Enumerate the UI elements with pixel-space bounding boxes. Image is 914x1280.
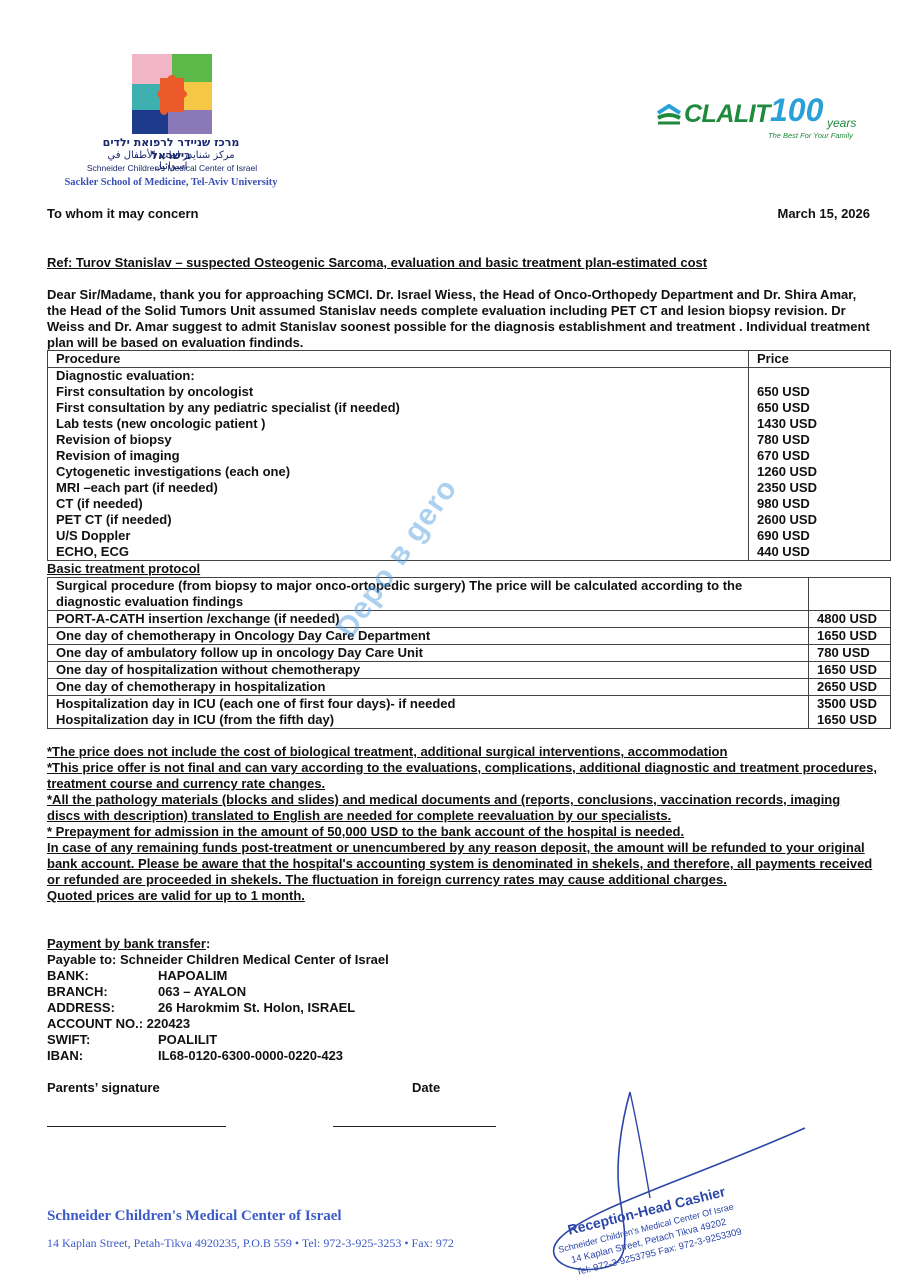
bank-field-value: HAPOALIM [158, 968, 227, 984]
clalit-anniversary: 100 [770, 92, 823, 129]
procedure-cell: One day of chemotherapy in hospitalizati… [48, 679, 809, 696]
salutation: To whom it may concern [47, 206, 198, 222]
price-cell [809, 578, 891, 611]
table-row: One day of chemotherapy in hospitalizati… [48, 679, 891, 696]
price-cell: 980 USD [749, 496, 891, 512]
bank-field-label: ADDRESS: [47, 1000, 158, 1016]
table-header-row: Procedure Price [48, 351, 891, 368]
price-cell: 650 USD [749, 400, 891, 416]
table-row: First consultation by any pediatric spec… [48, 400, 891, 416]
table-row: Lab tests (new oncologic patient )1430 U… [48, 416, 891, 432]
price-cell: 1430 USD [749, 416, 891, 432]
clalit-wave-icon [656, 104, 682, 126]
bank-field-label: IBAN: [47, 1048, 158, 1064]
table-row: U/S Doppler690 USD [48, 528, 891, 544]
notes-section: *The price does not include the cost of … [47, 744, 877, 904]
bank-field-value: IL68-0120-6300-0000-0220-423 [158, 1048, 343, 1064]
puzzle-logo-icon [132, 54, 212, 134]
table-row: One day of hospitalization without chemo… [48, 662, 891, 679]
bank-field-label: BANK: [47, 968, 158, 984]
procedure-cell: One day of ambulatory follow up in oncol… [48, 645, 809, 662]
note-item: * Prepayment for admission in the amount… [47, 824, 877, 840]
bank-field-value: 220423 [147, 1016, 190, 1032]
table-row: MRI –each part (if needed)2350 USD [48, 480, 891, 496]
bank-field-value: POALILIT [158, 1032, 217, 1048]
bank-field-row: BANK:HAPOALIM [47, 968, 647, 984]
payment-title: Payment by bank transfer: [47, 936, 647, 952]
price-cell: 1650 USD [809, 712, 891, 729]
column-header-procedure: Procedure [48, 351, 749, 368]
price-cell: 690 USD [749, 528, 891, 544]
price-cell: 4800 USD [809, 611, 891, 628]
procedure-cell: One day of hospitalization without chemo… [48, 662, 809, 679]
price-cell: 2600 USD [749, 512, 891, 528]
reference-line: Ref: Turov Stanislav – suspected Osteoge… [47, 255, 707, 271]
payment-section: Payment by bank transfer: Payable to: Sc… [47, 936, 647, 1064]
table-row: First consultation by oncologist650 USD [48, 384, 891, 400]
note-item: Quoted prices are valid for up to 1 mont… [47, 888, 877, 904]
bank-field-row: ACCOUNT NO.: 220423 [47, 1016, 647, 1032]
section-title: Diagnostic evaluation: [48, 368, 749, 385]
bank-field-row: IBAN:IL68-0120-6300-0000-0220-423 [47, 1048, 647, 1064]
note-item: *This price offer is not final and can v… [47, 760, 877, 792]
signature-line [47, 1126, 226, 1127]
bank-field-row: SWIFT:POALILIT [47, 1032, 647, 1048]
bank-field-value: 063 – AYALON [158, 984, 246, 1000]
basic-treatment-title: Basic treatment protocol [47, 561, 200, 577]
table-row: Hospitalization day in ICU (each one of … [48, 696, 891, 713]
parents-signature-label: Parents’ signature [47, 1080, 160, 1096]
clalit-logo-text: CLALIT [684, 100, 770, 129]
procedure-cell: First consultation by oncologist [48, 384, 749, 400]
table-row: Cytogenetic investigations (each one)126… [48, 464, 891, 480]
note-item: *All the pathology materials (blocks and… [47, 792, 877, 824]
procedure-cell: Hospitalization day in ICU (each one of … [48, 696, 809, 713]
procedure-cell: Revision of biopsy [48, 432, 749, 448]
price-cell: 3500 USD [809, 696, 891, 713]
procedure-cell: Surgical procedure (from biopsy to major… [48, 578, 809, 611]
bank-field-row: BRANCH:063 – AYALON [47, 984, 647, 1000]
price-cell: 1650 USD [809, 662, 891, 679]
note-item: In case of any remaining funds post-trea… [47, 840, 877, 888]
bank-field-label: BRANCH: [47, 984, 158, 1000]
letter-date: March 15, 2026 [777, 206, 870, 222]
footer-address: 14 Kaplan Street, Petah-Tikva 4920235, P… [47, 1236, 454, 1251]
price-cell: 780 USD [809, 645, 891, 662]
price-cell: 2650 USD [809, 679, 891, 696]
treatment-price-table: Surgical procedure (from biopsy to major… [47, 577, 891, 729]
procedure-cell: One day of chemotherapy in Oncology Day … [48, 628, 809, 645]
price-cell: 440 USD [749, 544, 891, 561]
price-cell: 780 USD [749, 432, 891, 448]
price-cell: 650 USD [749, 384, 891, 400]
procedure-cell: Cytogenetic investigations (each one) [48, 464, 749, 480]
table-row: One day of ambulatory follow up in oncol… [48, 645, 891, 662]
column-header-price: Price [749, 351, 891, 368]
bank-field-row: ADDRESS:26 Harokmim St. Holon, ISRAEL [47, 1000, 647, 1016]
bank-field-label: ACCOUNT NO.: [47, 1016, 143, 1032]
price-cell: 1650 USD [809, 628, 891, 645]
procedure-cell: PORT-A-CATH insertion /exchange (if need… [48, 611, 809, 628]
table-row: Revision of biopsy780 USD [48, 432, 891, 448]
procedure-cell: CT (if needed) [48, 496, 749, 512]
clalit-tagline: The Best For Your Family [768, 131, 853, 140]
price-cell: 1260 USD [749, 464, 891, 480]
cashier-stamp: Reception-Head Cashier Schneider Childre… [520, 1088, 820, 1280]
hospital-name-english: Schneider Children's Medical Center of I… [62, 163, 282, 173]
table-row: PORT-A-CATH insertion /exchange (if need… [48, 611, 891, 628]
date-line [333, 1126, 496, 1127]
table-row: ECHO, ECG440 USD [48, 544, 891, 561]
bank-field-label: SWIFT: [47, 1032, 158, 1048]
procedure-cell: Lab tests (new oncologic patient ) [48, 416, 749, 432]
procedure-cell: MRI –each part (if needed) [48, 480, 749, 496]
procedure-cell: Revision of imaging [48, 448, 749, 464]
note-item: *The price does not include the cost of … [47, 744, 877, 760]
procedure-cell: Hospitalization day in ICU (from the fif… [48, 712, 809, 729]
price-cell: 2350 USD [749, 480, 891, 496]
intro-paragraph: Dear Sir/Madame, thank you for approachi… [47, 287, 877, 351]
payable-to: Payable to: Schneider Children Medical C… [47, 952, 647, 968]
table-row: CT (if needed)980 USD [48, 496, 891, 512]
section-row: Diagnostic evaluation: [48, 368, 891, 385]
table-row: Revision of imaging670 USD [48, 448, 891, 464]
table-row: One day of chemotherapy in Oncology Day … [48, 628, 891, 645]
price-cell: 670 USD [749, 448, 891, 464]
date-label: Date [412, 1080, 440, 1096]
table-row: Hospitalization day in ICU (from the fif… [48, 712, 891, 729]
footer-hospital-name: Schneider Children's Medical Center of I… [47, 1208, 342, 1225]
procedure-cell: First consultation by any pediatric spec… [48, 400, 749, 416]
university-affiliation: Sackler School of Medicine, Tel-Aviv Uni… [46, 177, 296, 188]
diagnostic-price-table: Procedure Price Diagnostic evaluation: F… [47, 350, 891, 561]
table-row: PET CT (if needed)2600 USD [48, 512, 891, 528]
clalit-years: years [827, 116, 856, 130]
bank-field-value: 26 Harokmim St. Holon, ISRAEL [158, 1000, 355, 1016]
table-row: Surgical procedure (from biopsy to major… [48, 578, 891, 611]
